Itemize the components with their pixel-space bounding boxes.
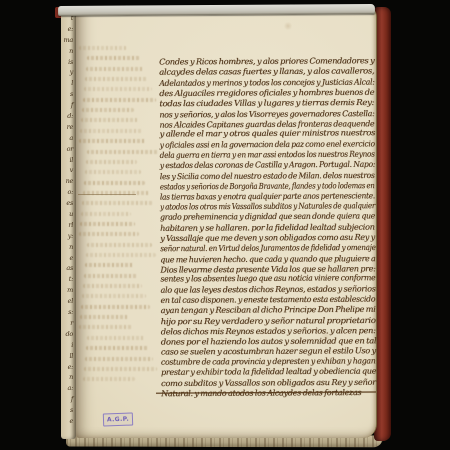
edge-fragment: e:	[61, 362, 76, 373]
margin-ghost-row	[83, 98, 156, 102]
edge-fragment: is	[61, 57, 76, 68]
margin-ghost-row	[85, 357, 153, 361]
archive-stamp-text: A.G.P.	[107, 416, 129, 424]
margin-ghost-row	[82, 294, 146, 298]
edge-fragment: f	[61, 394, 76, 405]
edge-fragment: s	[61, 89, 76, 100]
edge-fragment: as	[61, 263, 76, 274]
margin-ghost-row	[87, 243, 152, 247]
edge-fragment: re	[61, 122, 76, 133]
margin-ghost-row	[86, 160, 137, 164]
edge-fragment: do	[61, 329, 76, 340]
edge-fragment: ll	[61, 351, 76, 362]
edge-fragment: e	[61, 253, 76, 264]
page-top-edge	[58, 4, 375, 16]
margin-ghost-row	[80, 129, 142, 133]
manuscript-page: Condes y Ricos hombres, y alos priores C…	[76, 6, 377, 438]
margin-ghost-row	[79, 325, 132, 329]
margin-ghost-row	[87, 56, 140, 60]
margin-ghost-row	[81, 118, 138, 122]
edge-fragment: y	[61, 67, 76, 78]
margin-ghost-row	[86, 253, 156, 257]
edge-fragment: i	[61, 340, 76, 351]
margin-showthrough	[79, 46, 157, 386]
edge-fragment: v	[61, 165, 76, 176]
margin-ghost-row	[83, 377, 135, 381]
margin-ghost-row	[80, 315, 128, 319]
edge-fragment: r	[61, 318, 76, 329]
edge-fragment: e	[61, 416, 76, 427]
manuscript-text-block: Condes y Ricos hombres, y alos priores C…	[159, 49, 379, 392]
margin-ghost-row	[79, 139, 146, 143]
margin-ghost-row	[85, 170, 141, 174]
edge-fragment: t:	[61, 274, 76, 285]
margin-ghost-row	[82, 108, 134, 112]
margin-ghost-row	[84, 181, 145, 185]
margin-ghost-row	[87, 150, 159, 154]
edge-fragment: l	[61, 78, 76, 89]
margin-ghost-row	[85, 77, 148, 81]
edge-fragment: n	[61, 372, 76, 383]
text-line: Condes y Ricos hombres, y alos priores C…	[159, 49, 377, 61]
edge-fragment: es	[61, 198, 76, 209]
edge-fragment: s	[61, 405, 76, 416]
margin-ghost-row	[86, 346, 149, 350]
edge-fragment: ne	[61, 176, 76, 187]
edge-fragment: o:	[61, 187, 76, 198]
previous-page-edge: te:manisylsfd:reaorilvneo:esurly:neast:m…	[61, 13, 76, 439]
edge-fragment: il	[61, 155, 76, 166]
margin-ghost-row	[87, 336, 145, 340]
edge-fragment: d:	[61, 111, 76, 122]
previous-page-text-fragments: te:manisylsfd:reaorilvneo:esurly:neast:m…	[61, 13, 76, 427]
margin-ghost-row	[82, 201, 153, 205]
edge-fragment: y:	[61, 231, 76, 242]
edge-fragment: ma	[61, 35, 76, 46]
archive-stamp: A.G.P.	[103, 412, 133, 426]
edge-fragment: e:	[61, 24, 76, 35]
edge-fragment: s:	[61, 307, 76, 318]
edge-fragment: el	[61, 296, 76, 307]
margin-ghost-row	[85, 263, 134, 267]
edge-fragment: a:	[61, 383, 76, 394]
edge-fragment: m	[61, 285, 76, 296]
margin-ghost-row	[84, 274, 138, 278]
edge-fragment: rl	[61, 220, 76, 231]
margin-ghost-row	[84, 87, 152, 91]
edge-fragment: f	[61, 100, 76, 111]
margin-ghost-row	[84, 367, 157, 371]
edge-fragment: n	[61, 242, 76, 253]
edge-fragment: n	[61, 46, 76, 57]
edge-fragment: a	[61, 133, 76, 144]
margin-ghost-row	[86, 67, 144, 71]
margin-showthrough-line	[78, 194, 136, 195]
edge-fragment: or	[61, 144, 76, 155]
edge-fragment: u	[61, 209, 76, 220]
margin-ghost-row	[79, 232, 139, 236]
margin-ghost-row	[80, 222, 135, 226]
margin-ghost-row	[79, 46, 127, 50]
margin-ghost-row	[81, 212, 131, 216]
margin-ghost-row	[81, 305, 150, 309]
margin-ghost-row	[83, 284, 142, 288]
photograph-background: te:manisylsfd:reaorilvneo:esurly:neast:m…	[0, 0, 450, 450]
